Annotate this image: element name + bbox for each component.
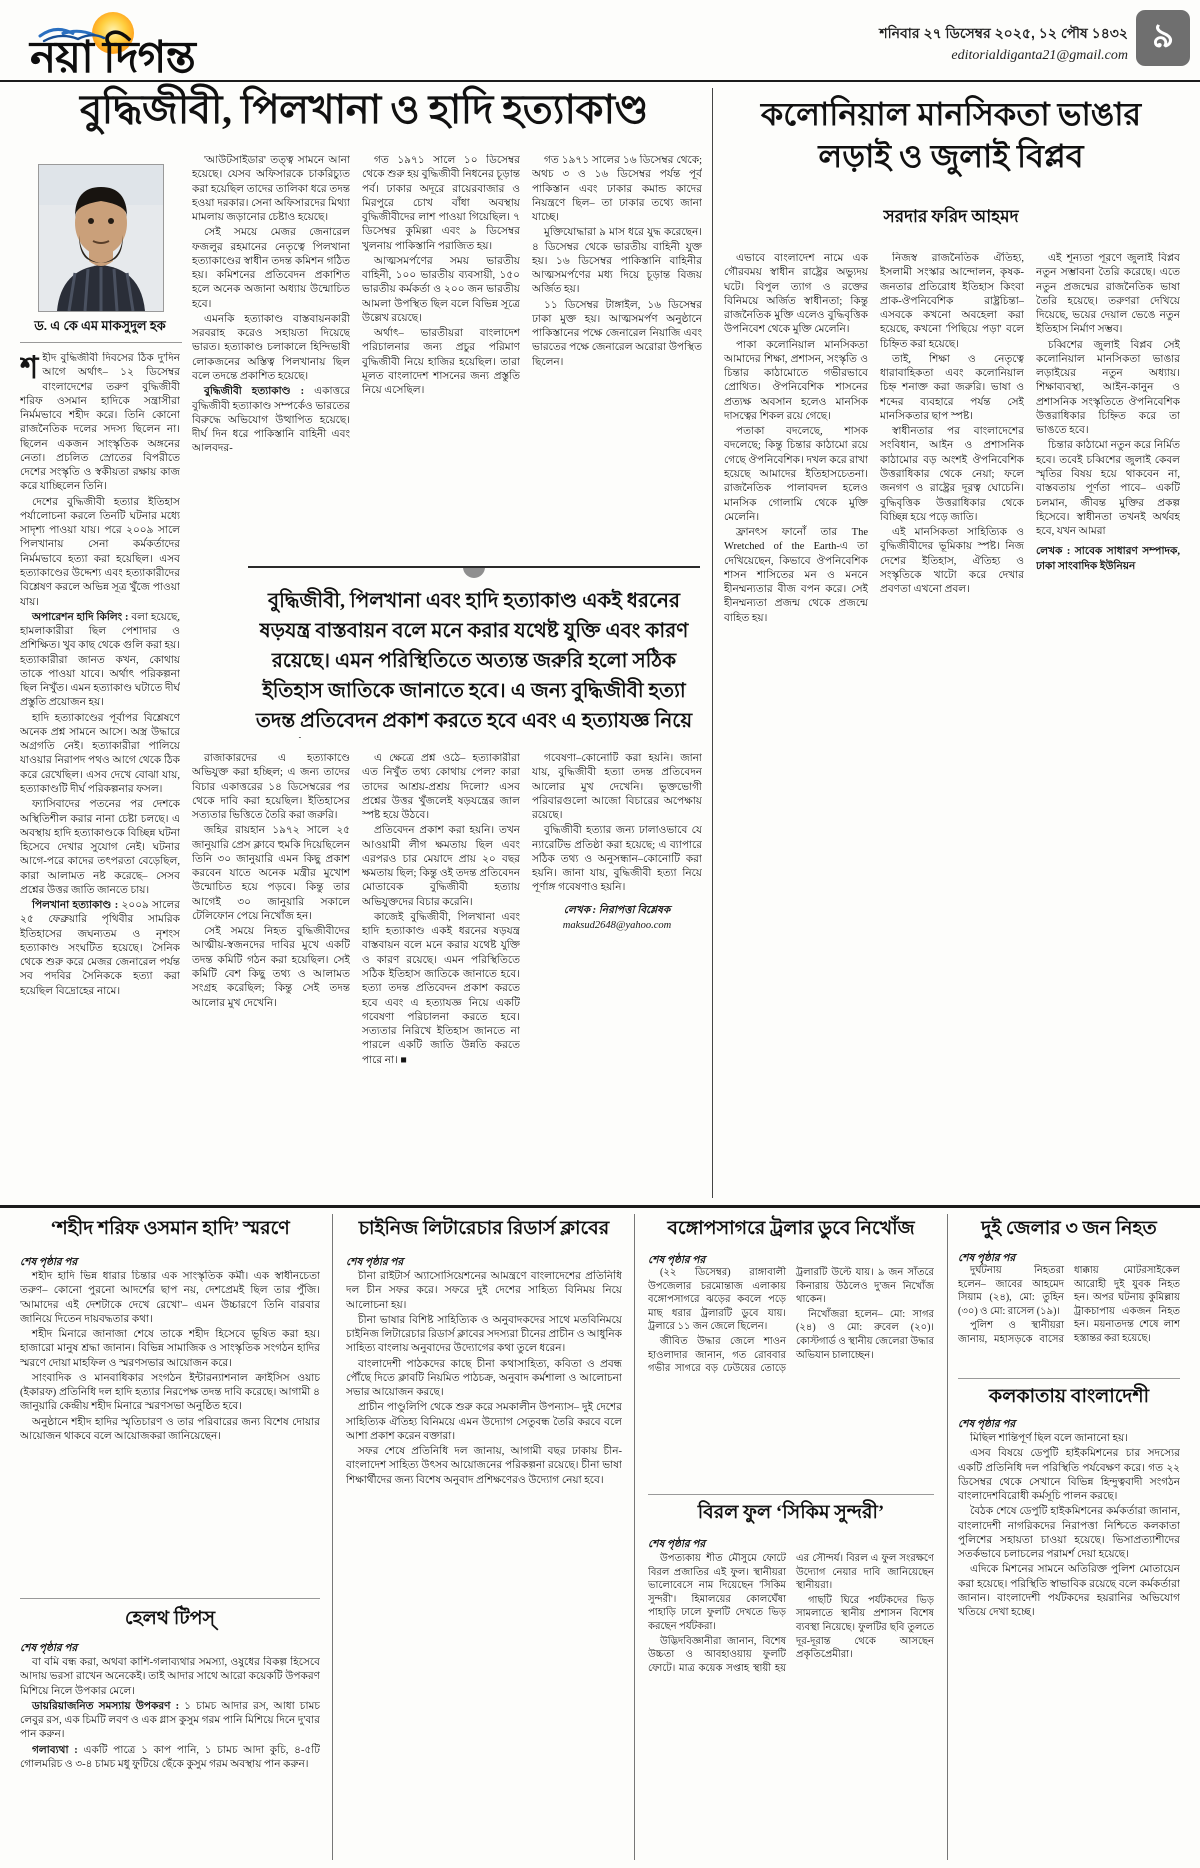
paragraph: চিন্তার কাঠামো নতুন করে নির্মিত হবে। তবে… — [1036, 439, 1180, 539]
flower-body: উপত্যকায় শীত মৌসুমে ফোটে বিরল প্রজাতির … — [648, 1552, 934, 1862]
paragraph: মিছিল শান্তিপূর্ণ ছিল বলে জানানো হয়। — [958, 1432, 1180, 1446]
pull-quote-text: বুদ্ধিজীবী, পিলখানা এবং হাদি হত্যাকাণ্ড … — [256, 590, 692, 738]
paragraph: maksud2648@yahoo.com — [532, 919, 702, 933]
club-headline: চাইনিজ লিটারেচার রিডার্স ক্লাবের — [346, 1218, 622, 1241]
paragraph: হাদি হত্যাকাণ্ডের পূর্বাপর বিশ্লেষণে অনে… — [20, 712, 180, 798]
paragraph: অর্থাৎ– ভারতীয়রা বাংলাদেশ পরিচালনার জন্… — [362, 327, 520, 398]
newspaper-page: নয়া দিগন্ত শনিবার ২৭ ডিসেম্বর ২০২৫, ১২ … — [0, 0, 1200, 1868]
paragraph: (২২ ডিসেম্বর) রাঙ্গাবালী উপজেলার চরমোন্ত… — [648, 1266, 786, 1334]
paragraph: বুদ্ধিজীবী হত্যাকাণ্ড : একাত্তরে বুদ্ধিজ… — [192, 385, 350, 456]
kolkata-headline: কলকাতায় বাংলাদেশী — [958, 1386, 1180, 1409]
paragraph: চব্বিশের জুলাই বিপ্লব সেই কলোনিয়াল মানস… — [1036, 339, 1180, 439]
paragraph: বাংলাদেশী পাঠকদের কাছে চীনা কথাসাহিত্য, … — [346, 1358, 622, 1401]
paragraph: শহীদ মিনারে জানাজা শেষে তাকে শহীদ হিসেবে… — [20, 1328, 320, 1371]
paragraph: এভাবে বাংলাদেশ নামে এক গৌরবময় স্বাধীন র… — [724, 252, 868, 338]
left-article-column-3-top: গত ১৯৭১ সালে ১০ ডিসেম্বর থেকে শুরু হয় ব… — [362, 154, 520, 558]
date-text: শনিবার ২৭ ডিসেম্বর ২০২৫, ১২ পৌষ ১৪৩২ — [879, 22, 1128, 46]
paragraph: সফর শেষে প্রতিনিধি দল জানায়, আগামী বছর … — [346, 1445, 622, 1488]
paragraph: লেখক : সাবেক সাধারণ সম্পাদক, ঢাকা সাংবাদ… — [1036, 545, 1180, 574]
kolkata-body: মিছিল শান্তিপূর্ণ ছিল বলে জানানো হয়।এসব… — [958, 1432, 1180, 1862]
paragraph: এই শূন্যতা পূরণে জুলাই বিপ্লব নতুন সম্ভা… — [1036, 252, 1180, 338]
right-article-column-3: এই শূন্যতা পূরণে জুলাই বিপ্লব নতুন সম্ভা… — [1036, 252, 1180, 1198]
paragraph: বুদ্ধিজীবী হত্যার জন্য ঢালাওভাবে যে ন্যা… — [532, 824, 702, 895]
left-article-column-4-top: গত ১৯৭১ সালের ১৬ ডিসেম্বর থেকে; অথচ ৩ ও … — [532, 154, 702, 558]
author-photo — [38, 164, 164, 312]
paragraph: প্রাচীন পাণ্ডুলিপি থেকে শুরু করে সমকালীন… — [346, 1401, 622, 1444]
right-article-column-1: এভাবে বাংলাদেশ নামে এক গৌরবময় স্বাধীন র… — [724, 252, 868, 1198]
paragraph: ডায়রিয়াজনিত সমস্যায় উপকরণ : ১ চামচ আদ… — [20, 1700, 320, 1743]
pull-quote-dot-icon — [463, 566, 485, 578]
paragraph: কাজেই বুদ্ধিজীবী, পিলখানা এবং হাদি হত্যা… — [362, 911, 520, 1068]
paragraph: গাছটি ঘিরে পর্যটকদের ভিড় সামলাতে স্থানী… — [796, 1594, 934, 1662]
paragraph: প্রতিবেদন প্রকাশ করা হয়নি। তখন আওয়ামী … — [362, 824, 520, 910]
editorial-email-link[interactable]: editorialdiganta21@gmail.com — [879, 48, 1128, 64]
trawler-headline: বঙ্গোপসাগরে ট্রলার ডুবে নিখোঁজ — [648, 1218, 934, 1241]
paragraph: লেখক : নিরাপত্তা বিশ্লেষক — [532, 904, 702, 918]
paragraph: জহির রায়হান ১৯৭২ সালে ২৫ জানুয়ারি প্রে… — [192, 824, 350, 924]
paragraph: গত ১৯৭১ সালে ১০ ডিসেম্বর থেকে শুরু হয় ব… — [362, 154, 520, 254]
paragraph: ফ্রানৎস ফানোঁ তার The Wretched of the Ea… — [724, 526, 868, 626]
kolkata-divider — [958, 1378, 1180, 1379]
left-article-column-2-top: 'আউটসাইডার' তত্ত্ব সামনে আনা হয়েছে। যেস… — [192, 154, 350, 558]
districts-body: দুর্ঘটনায় নিহতরা হলেন– জাবের আহমেদ সিয়… — [958, 1264, 1180, 1372]
club-body: চীনা রাইটার্স অ্যাসোসিয়েশনের আমন্ত্রণে … — [346, 1270, 622, 1862]
flower-divider — [648, 1494, 934, 1495]
left-article-column-1: শহীদ বুদ্ধিজীবী দিবসের ঠিক দু'দিন আগে অর… — [20, 352, 180, 1198]
bottom-gutter-2 — [634, 1214, 635, 1860]
caption-divider — [20, 342, 182, 343]
paragraph: চীনা রাইটার্স অ্যাসোসিয়েশনের আমন্ত্রণে … — [346, 1270, 622, 1313]
paragraph: বৈঠক শেষে ডেপুটি হাইকমিশনের কর্মকর্তারা … — [958, 1505, 1180, 1562]
paragraph: তাই, শিক্ষা ও নেতৃত্বে ধারাবাহিকতা এবং ক… — [880, 353, 1024, 424]
paragraph: আত্মসমর্পণের সময় ভারতীয় বাহিনী, ১০০ ভা… — [362, 255, 520, 326]
section-divider — [0, 1205, 1200, 1208]
paragraph: এদিকে মিশনের সামনে অতিরিক্ত পুলিশ মোতায়… — [958, 1563, 1180, 1620]
bottom-gutter-1 — [332, 1214, 333, 1860]
memorial-body: শহীদ হাদি ভিন্ন ধারার চিন্তার এক সাংস্কৃ… — [20, 1270, 320, 1592]
left-article-column-4-bottom: গবেষণা–কোনোটি করা হয়নি। জানা যায়, বুদ্… — [532, 752, 702, 1198]
paragraph: রাজাকারদের এ হত্যাকাণ্ডে অভিযুক্ত করা হচ… — [192, 752, 350, 823]
paragraph: সেই সময়ে মেজর জেনারেল ফজলুর রহমানের নেত… — [192, 226, 350, 312]
paragraph: নিজস্ব রাজনৈতিক ঐতিহ্য, ইসলামী সংস্কার আ… — [880, 252, 1024, 352]
paragraph: গবেষণা–কোনোটি করা হয়নি। জানা যায়, বুদ্… — [532, 752, 702, 823]
paragraph: সেই সময়ে নিহত বুদ্ধিজীবীদের আত্মীয়-স্ব… — [192, 925, 350, 1011]
paragraph: সাংবাদিক ও মানবাধিকার সংগঠন ইন্টারন্যাশন… — [20, 1372, 320, 1415]
right-article-column-2: নিজস্ব রাজনৈতিক ঐতিহ্য, ইসলামী সংস্কার আ… — [880, 252, 1024, 1198]
paragraph: 'আউটসাইডার' তত্ত্ব সামনে আনা হয়েছে। যেস… — [192, 154, 350, 225]
left-article-headline: বুদ্ধিজীবী, পিলখানা ও হাদি হত্যাকাণ্ড — [25, 88, 703, 133]
paragraph: পাকা কলোনিয়াল মানসিকতা আমাদের শিক্ষা, প… — [724, 339, 868, 425]
flower-headline: বিরল ফুল ‘সিকিম সুন্দরী’ — [648, 1502, 934, 1525]
author-name-caption: ড. এ কে এম মাকসুদুল হক — [20, 318, 180, 334]
paragraph: শহীদ বুদ্ধিজীবী দিবসের ঠিক দু'দিন আগে অর… — [20, 352, 180, 495]
pull-quote: বুদ্ধিজীবী, পিলখানা এবং হাদি হত্যাকাণ্ড … — [248, 566, 700, 738]
bottom-gutter-3 — [947, 1214, 948, 1860]
paragraph: শহীদ হাদি ভিন্ন ধারার চিন্তার এক সাংস্কৃ… — [20, 1270, 320, 1327]
left-article-column-3-bottom: এ ক্ষেত্রে প্রশ্ন ওঠে– হত্যাকারীরা এত নি… — [362, 752, 520, 1198]
health-tips-headline: হেলথ টিপস্ — [20, 1608, 320, 1631]
paragraph: চীনা ভাষার বিশিষ্ট সাহিত্যিক ও অনুবাদকদে… — [346, 1314, 622, 1357]
right-article-headline: কলোনিয়াল মানসিকতা ভাঙার লড়াই ও জুলাই ব… — [722, 94, 1180, 177]
health-divider — [20, 1598, 320, 1599]
paragraph: দেশের বুদ্ধিজীবী হত্যার ইতিহাস পর্যালোচন… — [20, 496, 180, 610]
header-divider — [0, 80, 1200, 82]
paragraph: অনুষ্ঠানে শহীদ হাদির স্মৃতিচারণ ও তার পর… — [20, 1416, 320, 1445]
article-divider — [712, 88, 713, 1198]
paragraph: এমনকি হত্যাকাণ্ড বাস্তবায়নকারী সরবরাহ ক… — [192, 313, 350, 384]
paragraph: অপারেশন হাদি কিলিং : বলা হয়েছে, হামলাকা… — [20, 611, 180, 711]
paragraph: গলাব্যথা : একটি পাত্রে ১ কাপ পানি, ১ চাম… — [20, 1744, 320, 1773]
memorial-headline: ‘শহীদ শরিফ ওসমান হাদি’ স্মরণে — [20, 1218, 320, 1241]
paragraph: বা বমি বন্ধ করা, অথবা কাশি-গলাব্যথার সমস… — [20, 1656, 320, 1699]
paragraph: এ ক্ষেত্রে প্রশ্ন ওঠে– হত্যাকারীরা এত নি… — [362, 752, 520, 823]
masthead-logo: নয়া দিগন্ত — [30, 16, 290, 78]
paragraph: গত ১৯৭১ সালের ১৬ ডিসেম্বর থেকে; অথচ ৩ ও … — [532, 154, 702, 225]
trawler-body: (২২ ডিসেম্বর) রাঙ্গাবালী উপজেলার চরমোন্ত… — [648, 1266, 934, 1488]
paragraph: নিখোঁজরা হলেন– মো: সাগর (২৪) ও মো: রুবেল… — [796, 1308, 934, 1362]
page-number-badge: ৯ — [1136, 10, 1190, 66]
districts-headline: দুই জেলার ৩ জন নিহত — [958, 1218, 1180, 1241]
paragraph: উপত্যকায় শীত মৌসুমে ফোটে বিরল প্রজাতির … — [648, 1552, 786, 1634]
paragraph: এসব বিষয়ে ডেপুটি হাইকমিশনের চার সদস্যের… — [958, 1447, 1180, 1504]
paragraph: মুক্তিযোদ্ধারা ৯ মাস ধরে যুদ্ধ করেছেন। ৪… — [532, 226, 702, 297]
paragraph: স্বাধীনতার পর বাংলাদেশের সংবিধান, আইন ও … — [880, 425, 1024, 525]
left-article-column-2-bottom: রাজাকারদের এ হত্যাকাণ্ডে অভিযুক্ত করা হচ… — [192, 752, 350, 1198]
paragraph: ১১ ডিসেম্বর টাঙ্গাইল, ১৬ ডিসেম্বর ঢাকা ম… — [532, 299, 702, 370]
right-article-author: সরদার ফরিদ আহমদ — [722, 204, 1180, 232]
paragraph: এই মানসিকতা সাহিত্যিক ও বুদ্ধিজীবীদের ভূ… — [880, 526, 1024, 597]
paragraph: পিলখানা হত্যাকাণ্ড : ২০০৯ সালের ২৫ ফেব্র… — [20, 899, 180, 999]
dateline: শনিবার ২৭ ডিসেম্বর ২০২৫, ১২ পৌষ ১৪৩২ edi… — [879, 22, 1128, 64]
health-tips-body: বা বমি বন্ধ করা, অথবা কাশি-গলাব্যথার সমস… — [20, 1656, 320, 1862]
paragraph: ফ্যাসিবাদের পতনের পর দেশকে অস্থিতিশীল কর… — [20, 798, 180, 898]
paragraph: দুর্ঘটনায় নিহতরা হলেন– জাবের আহমেদ সিয়… — [958, 1264, 1064, 1318]
paragraph: পতাকা বদলেছে, শাসক বদলেছে; কিন্তু চিন্তা… — [724, 425, 868, 525]
